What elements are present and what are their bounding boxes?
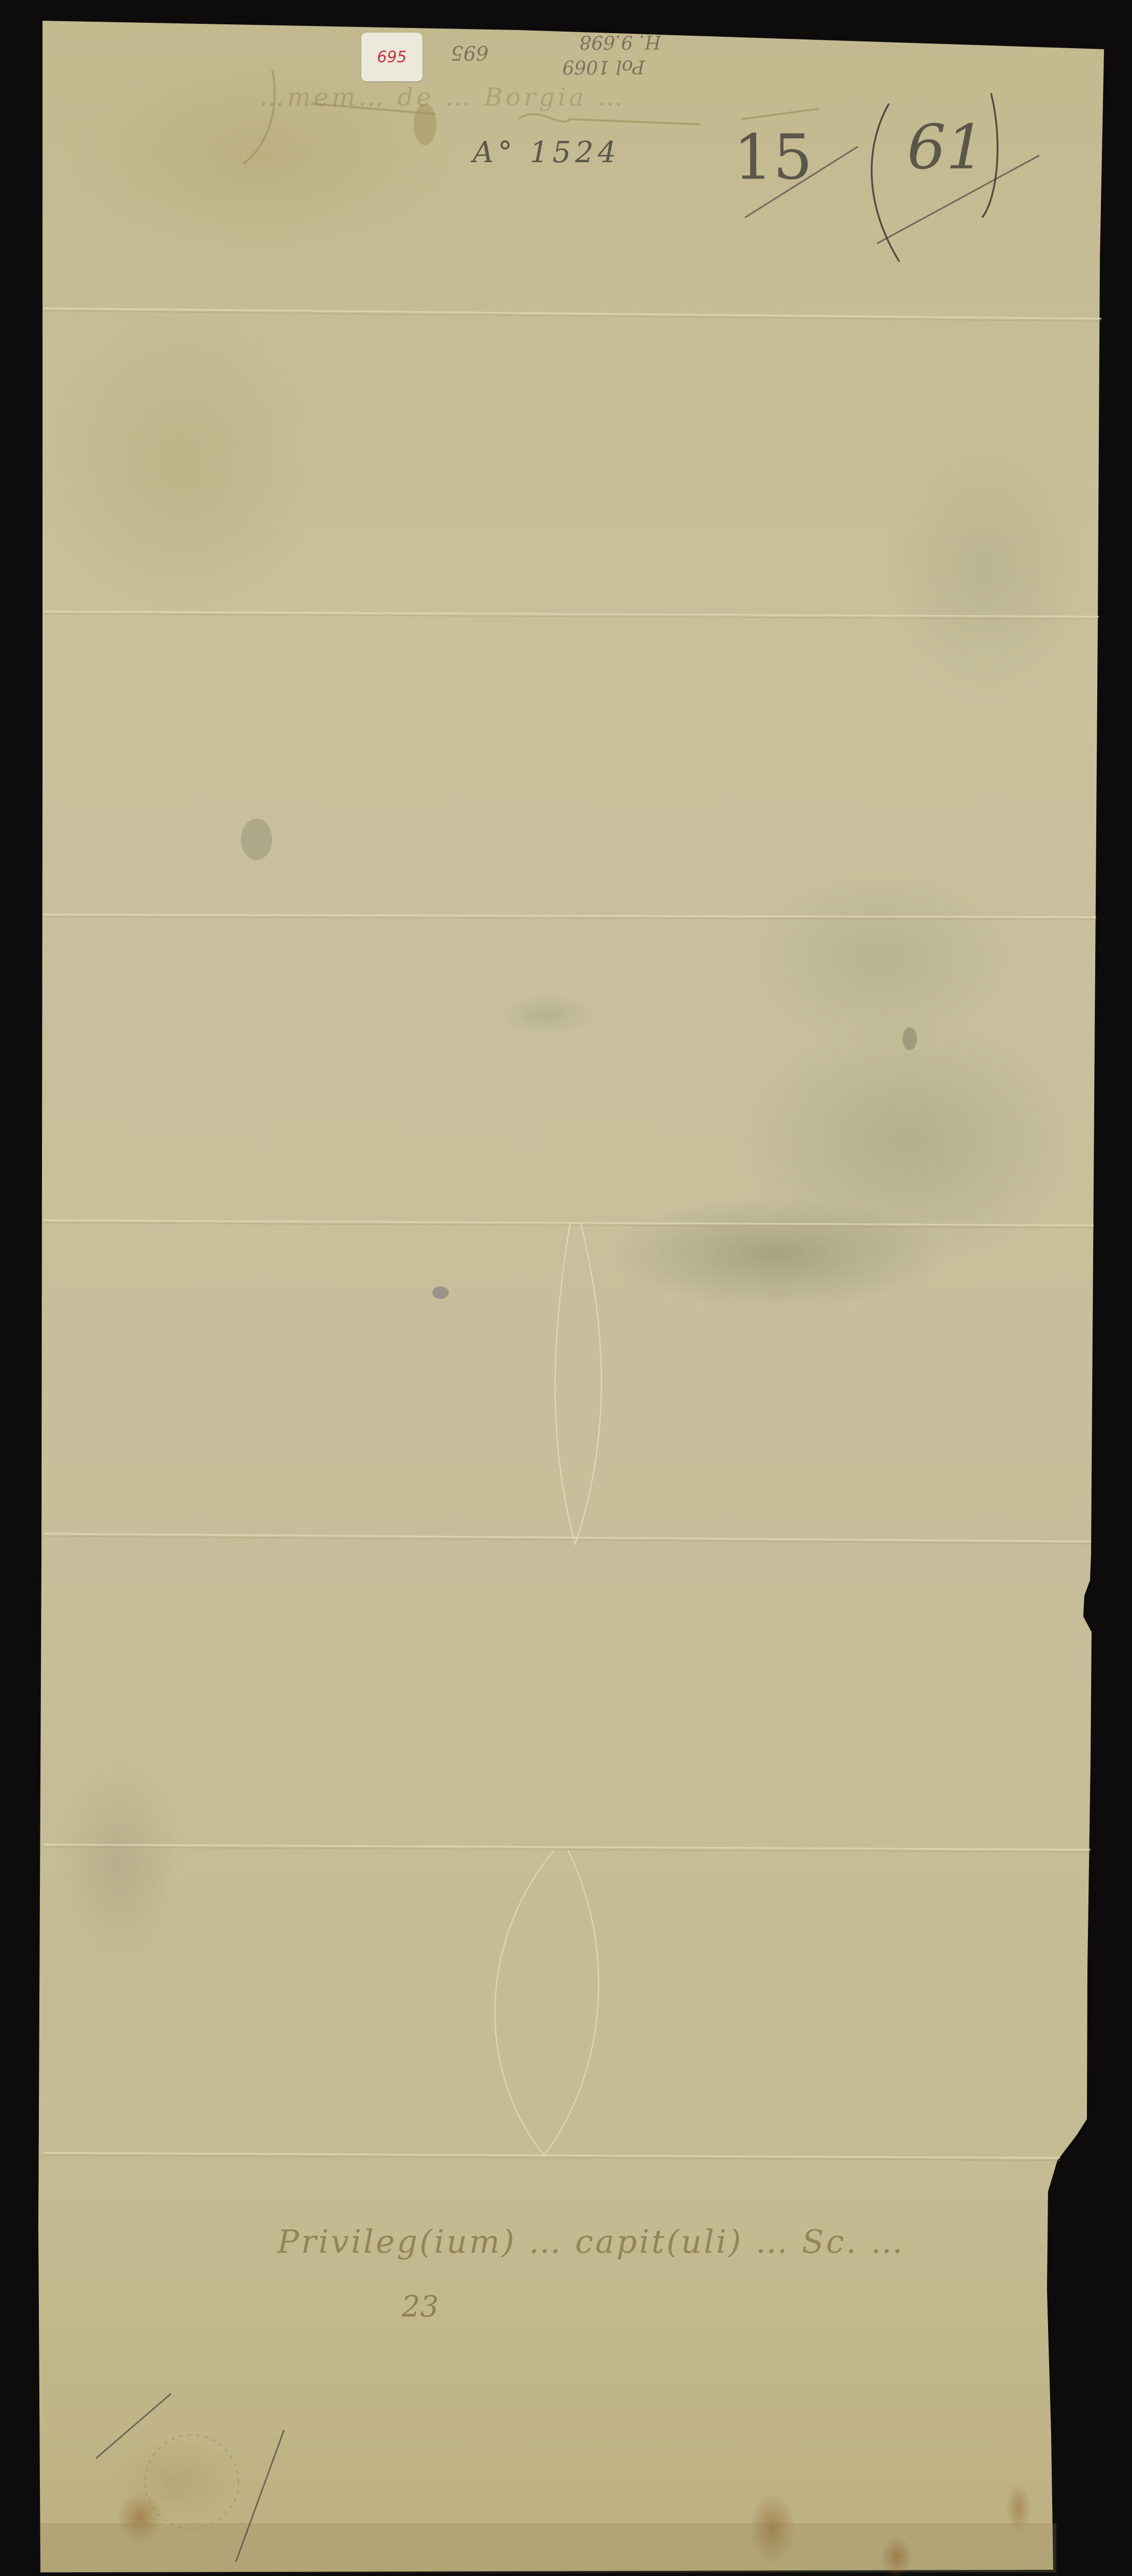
medieval-endorsement-bottom: Privileg(ium) … capit(uli) … Sc. … xyxy=(277,2223,905,2260)
pencil-number-15: 15 xyxy=(733,122,813,194)
document-scan: 695 695 H. 9.698 Pol 1069 …mem… de … Bor… xyxy=(0,0,1132,2576)
medieval-numeral-23: 23 xyxy=(402,2290,438,2324)
catalogue-number-label: 695 xyxy=(361,33,422,81)
parchment-sheet xyxy=(0,0,1132,2576)
pencil-shelfmark-inverted-line1: H. 9.698 xyxy=(579,31,661,52)
pencil-shelfmark-inverted-line2: Pol 1069 xyxy=(562,56,645,77)
catalogue-number: 695 xyxy=(377,48,406,66)
pencil-number-61-digits: 61 xyxy=(907,111,985,183)
pencil-year: A° 1524 xyxy=(473,136,620,169)
pencil-number-inverted: 695 xyxy=(451,41,489,64)
medieval-endorsement-top: …mem… de … Borgia … xyxy=(259,83,626,112)
